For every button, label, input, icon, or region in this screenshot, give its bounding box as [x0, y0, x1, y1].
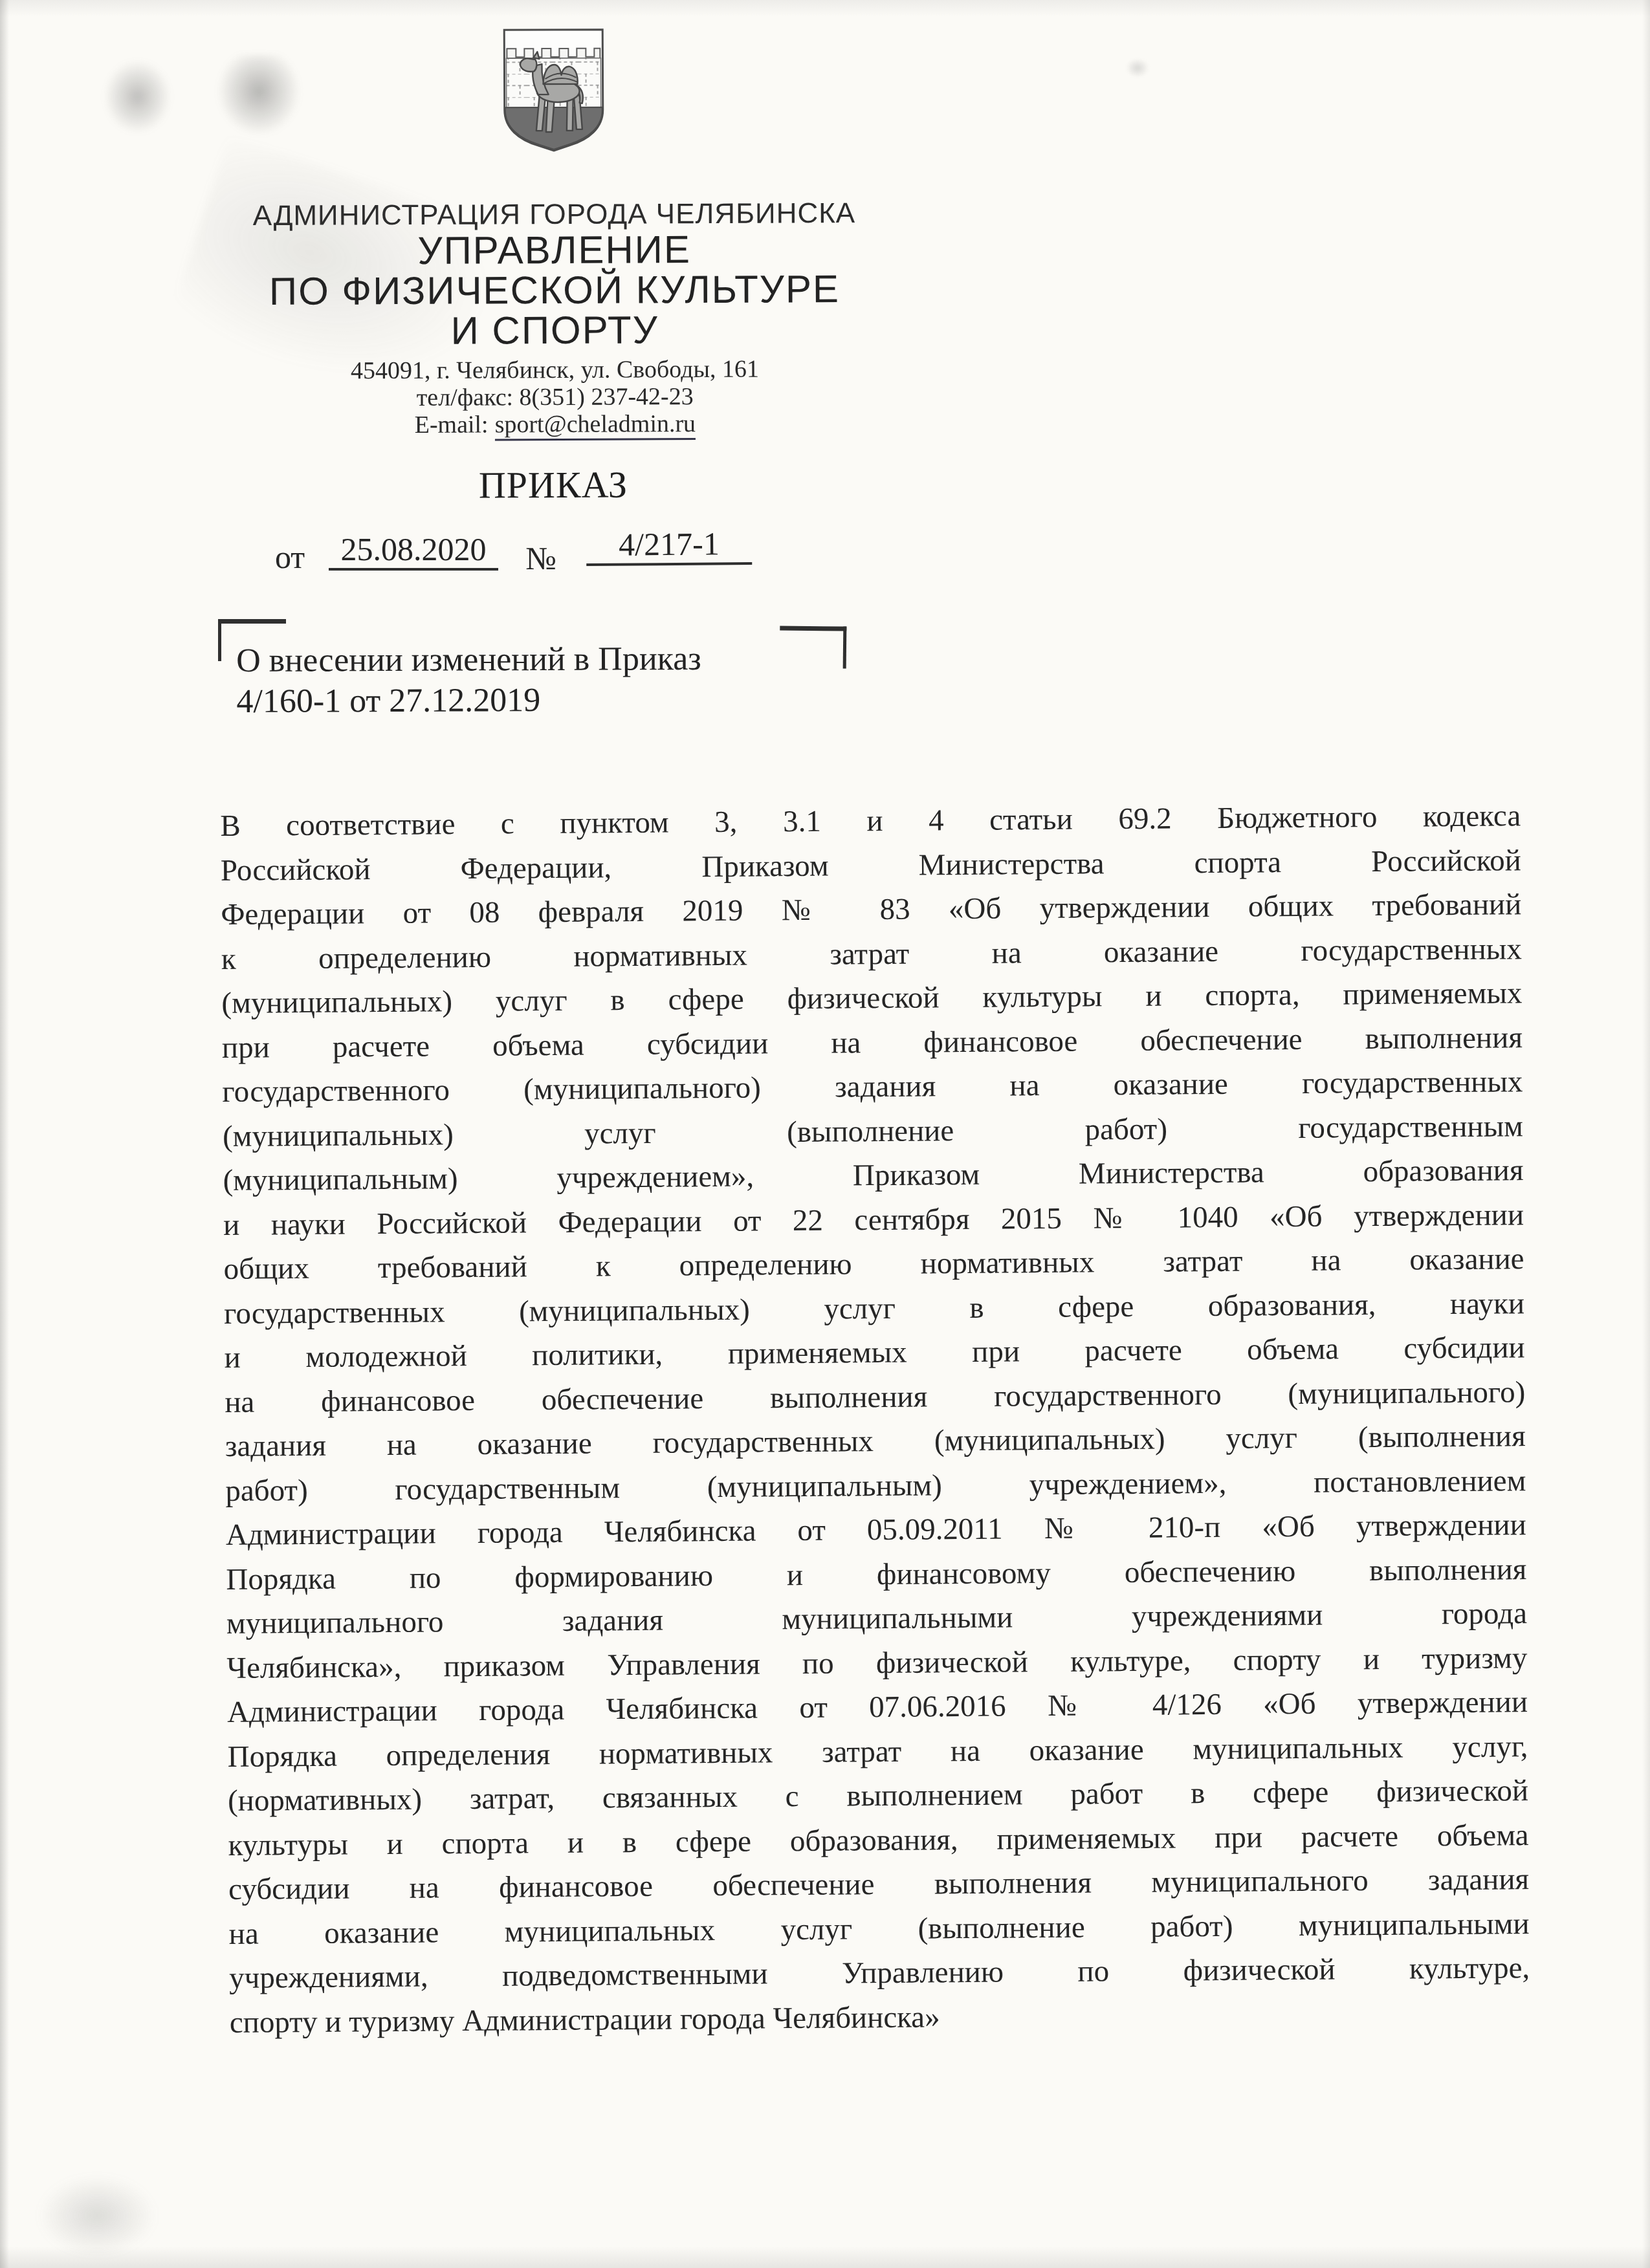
letterhead: АДМИНИСТРАЦИЯ ГОРОДА ЧЕЛЯБИНСКА УПРАВЛЕН…: [97, 0, 1011, 440]
org-address: 454091, г. Челябинск, ул. Свободы, 161: [351, 356, 759, 385]
org-email: sport@cheladmin.ru: [495, 410, 696, 441]
subject-line: 4/160-1 от 27.12.2019: [236, 679, 883, 722]
org-name-line-1: УПРАВЛЕНИЕ: [417, 230, 691, 271]
org-name-line-2: ПО ФИЗИЧЕСКОЙ КУЛЬТУРЕ: [269, 269, 840, 312]
subject-line: О внесении изменений в Приказ: [236, 638, 883, 681]
scanned-document-page: АДМИНИСТРАЦИЯ ГОРОДА ЧЕЛЯБИНСКА УПРАВЛЕН…: [0, 0, 1650, 2268]
coat-of-arms-camel-icon: [500, 27, 607, 155]
scan-edge-shadow-left: [0, 0, 9, 2268]
org-contact-block: 454091, г. Челябинск, ул. Свободы, 161 т…: [351, 356, 760, 439]
document-title: ПРИКАЗ: [97, 462, 1009, 508]
scan-edge-shadow-bottom: [0, 2246, 1650, 2268]
scan-smudge: [1126, 58, 1149, 78]
document-number: 4/217-1: [586, 525, 753, 566]
org-email-line: E-mail:sport@cheladmin.ru: [351, 410, 759, 439]
scan-edge-shadow-right: [1642, 0, 1650, 2268]
org-name-line-3: И СПОРТУ: [451, 310, 659, 351]
number-label: №: [525, 540, 556, 577]
document-subject: О внесении изменений в Приказ 4/160-1 от…: [236, 638, 884, 722]
document-date: 25.08.2020: [329, 530, 498, 571]
email-label: E-mail:: [415, 411, 489, 438]
org-parent-name: АДМИНИСТРАЦИЯ ГОРОДА ЧЕЛЯБИНСКА: [253, 198, 856, 232]
scan-smudge: [36, 2174, 159, 2258]
document-body: В соответствие с пунктом 3, 3.1 и 4 стат…: [220, 794, 1530, 2045]
date-label: от: [275, 538, 305, 576]
org-phone: тел/факс: 8(351) 237-42-23: [351, 383, 759, 412]
